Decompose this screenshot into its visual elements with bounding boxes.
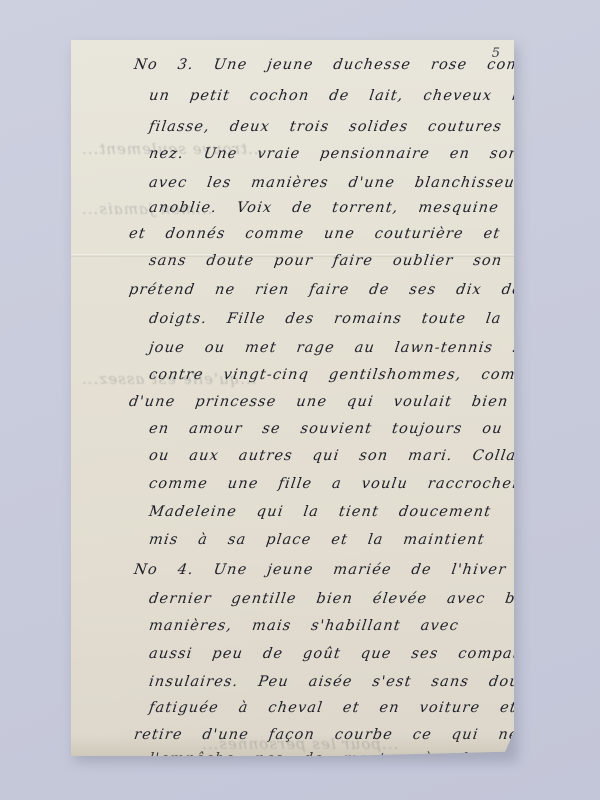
manuscript-line: joue ou met rage au lawn-tennis seule xyxy=(148,340,514,356)
manuscript-line: d'une princesse une qui voulait bien xyxy=(128,394,510,410)
manuscript-line: avec les manières d'une blanchisseuse xyxy=(148,175,514,191)
manuscript-line: sans doute pour faire oublier son origin… xyxy=(148,253,514,269)
manuscript-line: un petit cochon de lait, cheveux blonds xyxy=(148,88,514,104)
manuscript-line: insulaires. Peu aisée s'est sans doute xyxy=(148,674,514,690)
manuscript-line: manières, mais s'habillant avec xyxy=(148,618,460,634)
manuscript-line: fatiguée à cheval et en voiture et xyxy=(148,700,514,716)
manuscript-line: mis à sa place et la maintient xyxy=(148,532,486,548)
manuscript-line: aussi peu de goût que ses compatriotes xyxy=(148,646,514,662)
manuscript-line: filasse, deux trois solides coutures sur… xyxy=(148,119,514,135)
manuscript-line: No 3. Une jeune duchesse rose comme xyxy=(133,57,514,73)
manuscript-line: Madeleine qui la tient doucement xyxy=(148,504,493,520)
handwritten-text: No 3. Une jeune duchesse rose commeun pe… xyxy=(71,40,514,756)
manuscript-page: 5 ...trouve seulement......mon jamais...… xyxy=(71,40,514,756)
manuscript-line: prétend ne rien faire de ses dix doigts xyxy=(128,282,514,298)
manuscript-line: en amour se souvient toujours ou mêle xyxy=(148,421,514,437)
manuscript-line: comme une fille a voulu raccrocher à xyxy=(148,476,514,492)
manuscript-line: retire d'une façon courbe ce qui ne xyxy=(133,727,514,743)
manuscript-line: nez. Une vraie pensionnaire en sortie xyxy=(148,146,514,162)
bleed-through-line: ...pour les personnes... xyxy=(201,735,398,753)
manuscript-line: contre vingt-cinq gentilshommes, comme xyxy=(148,367,514,383)
manuscript-line: doigts. Fille des romains toute la journ… xyxy=(148,311,514,327)
manuscript-line: No 4. Une jeune mariée de l'hiver xyxy=(133,562,508,578)
manuscript-line: et donnés comme une couturière et xyxy=(128,226,502,242)
manuscript-line: dernier gentille bien élevée avec bonnes xyxy=(148,591,514,607)
manuscript-line: anoblie. Voix de torrent, mesquine xyxy=(148,200,500,216)
manuscript-line: ou aux autres qui son mari. Collante xyxy=(148,448,514,464)
